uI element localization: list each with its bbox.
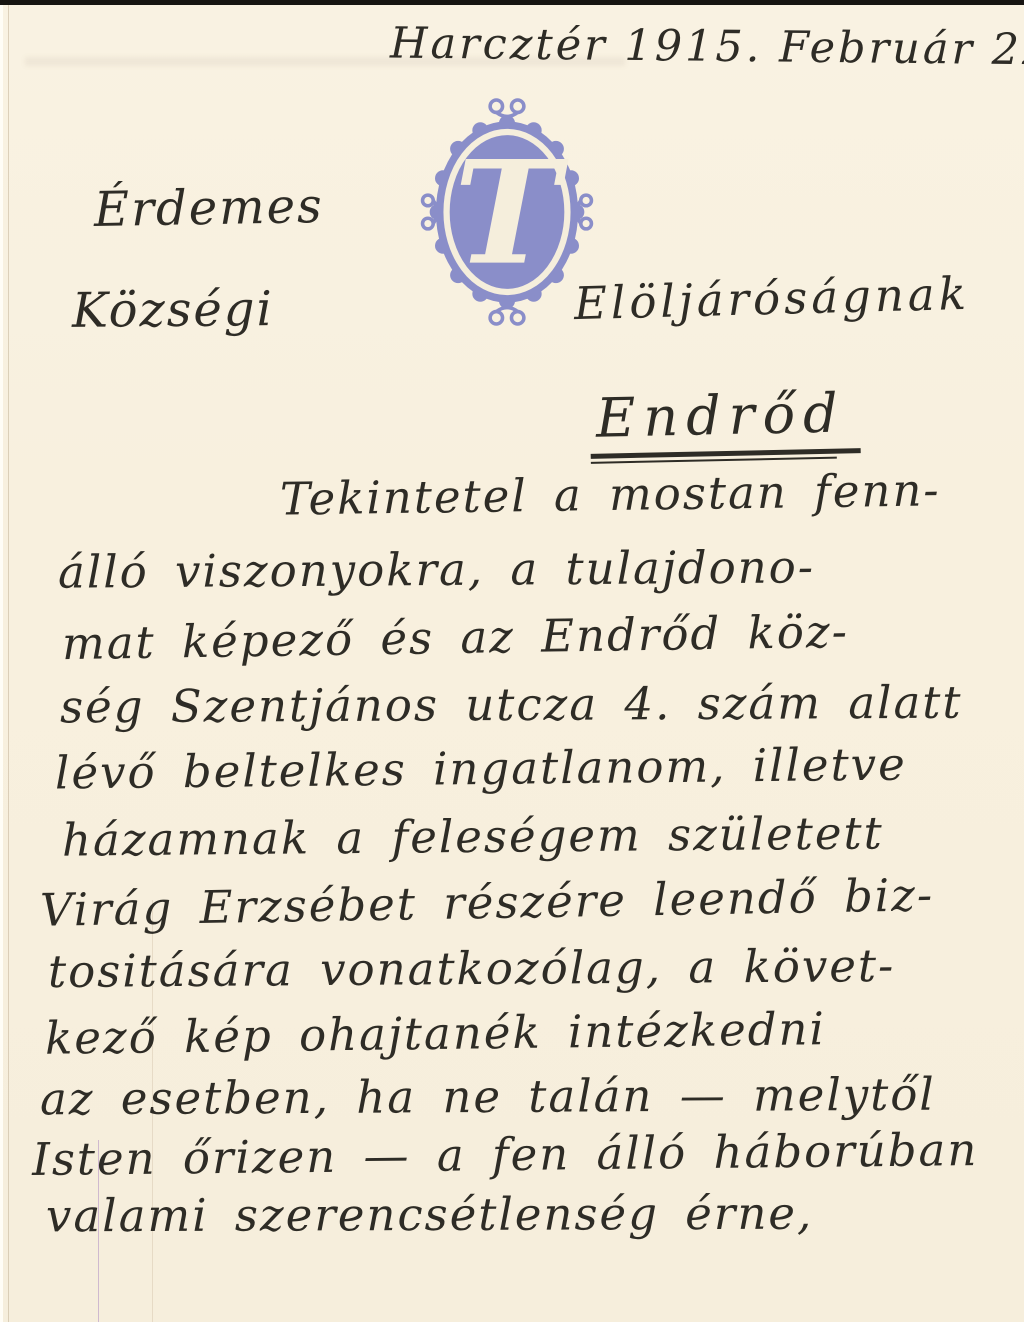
dateline: Harcztér 1915. Február 22.	[390, 18, 1024, 75]
recipient-line-1: Érdemes	[94, 178, 325, 238]
recipient-line-3: Elöljáróságnak	[573, 267, 970, 330]
body-line: mat képező és az Endrőd köz-	[62, 605, 850, 670]
body-line: ség Szentjános utcza 4. szám alatt	[60, 676, 963, 734]
scan-edge-top	[0, 0, 1024, 5]
body-line: álló viszonyokra, a tulajdono-	[58, 540, 815, 598]
body-line: valami szerencsétlenség érne,	[46, 1187, 813, 1243]
body-line: Isten őrizen — a fen álló háborúban	[32, 1123, 979, 1186]
body-line: Tekintetel a mostan fenn-	[280, 463, 941, 525]
letter-page: Harcztér 1915. Február 22.	[0, 0, 1024, 1322]
body-line: tositására vonatkozólag, a követ-	[48, 939, 896, 998]
monogram-emblem: T	[418, 92, 596, 332]
body-line: kező kép ohajtanék intézkedni	[45, 1002, 826, 1065]
body-line: házamnak a feleségem született	[62, 806, 884, 866]
monogram-letter: T	[454, 129, 569, 297]
paper-fold-line	[8, 5, 9, 1322]
body-line: Virág Erzsébet részére leendő biz-	[40, 868, 935, 937]
scan-edge-left	[0, 5, 3, 1322]
recipient-place-underlined: Endrőd	[589, 381, 860, 459]
monogram-emblem-graphic: T	[418, 92, 596, 332]
body-line: az esetben, ha ne talán — melytől	[40, 1068, 936, 1126]
recipient-line-2: Községi	[72, 281, 274, 339]
body-line: lévő beltelkes ingatlanom, illetve	[55, 738, 907, 800]
